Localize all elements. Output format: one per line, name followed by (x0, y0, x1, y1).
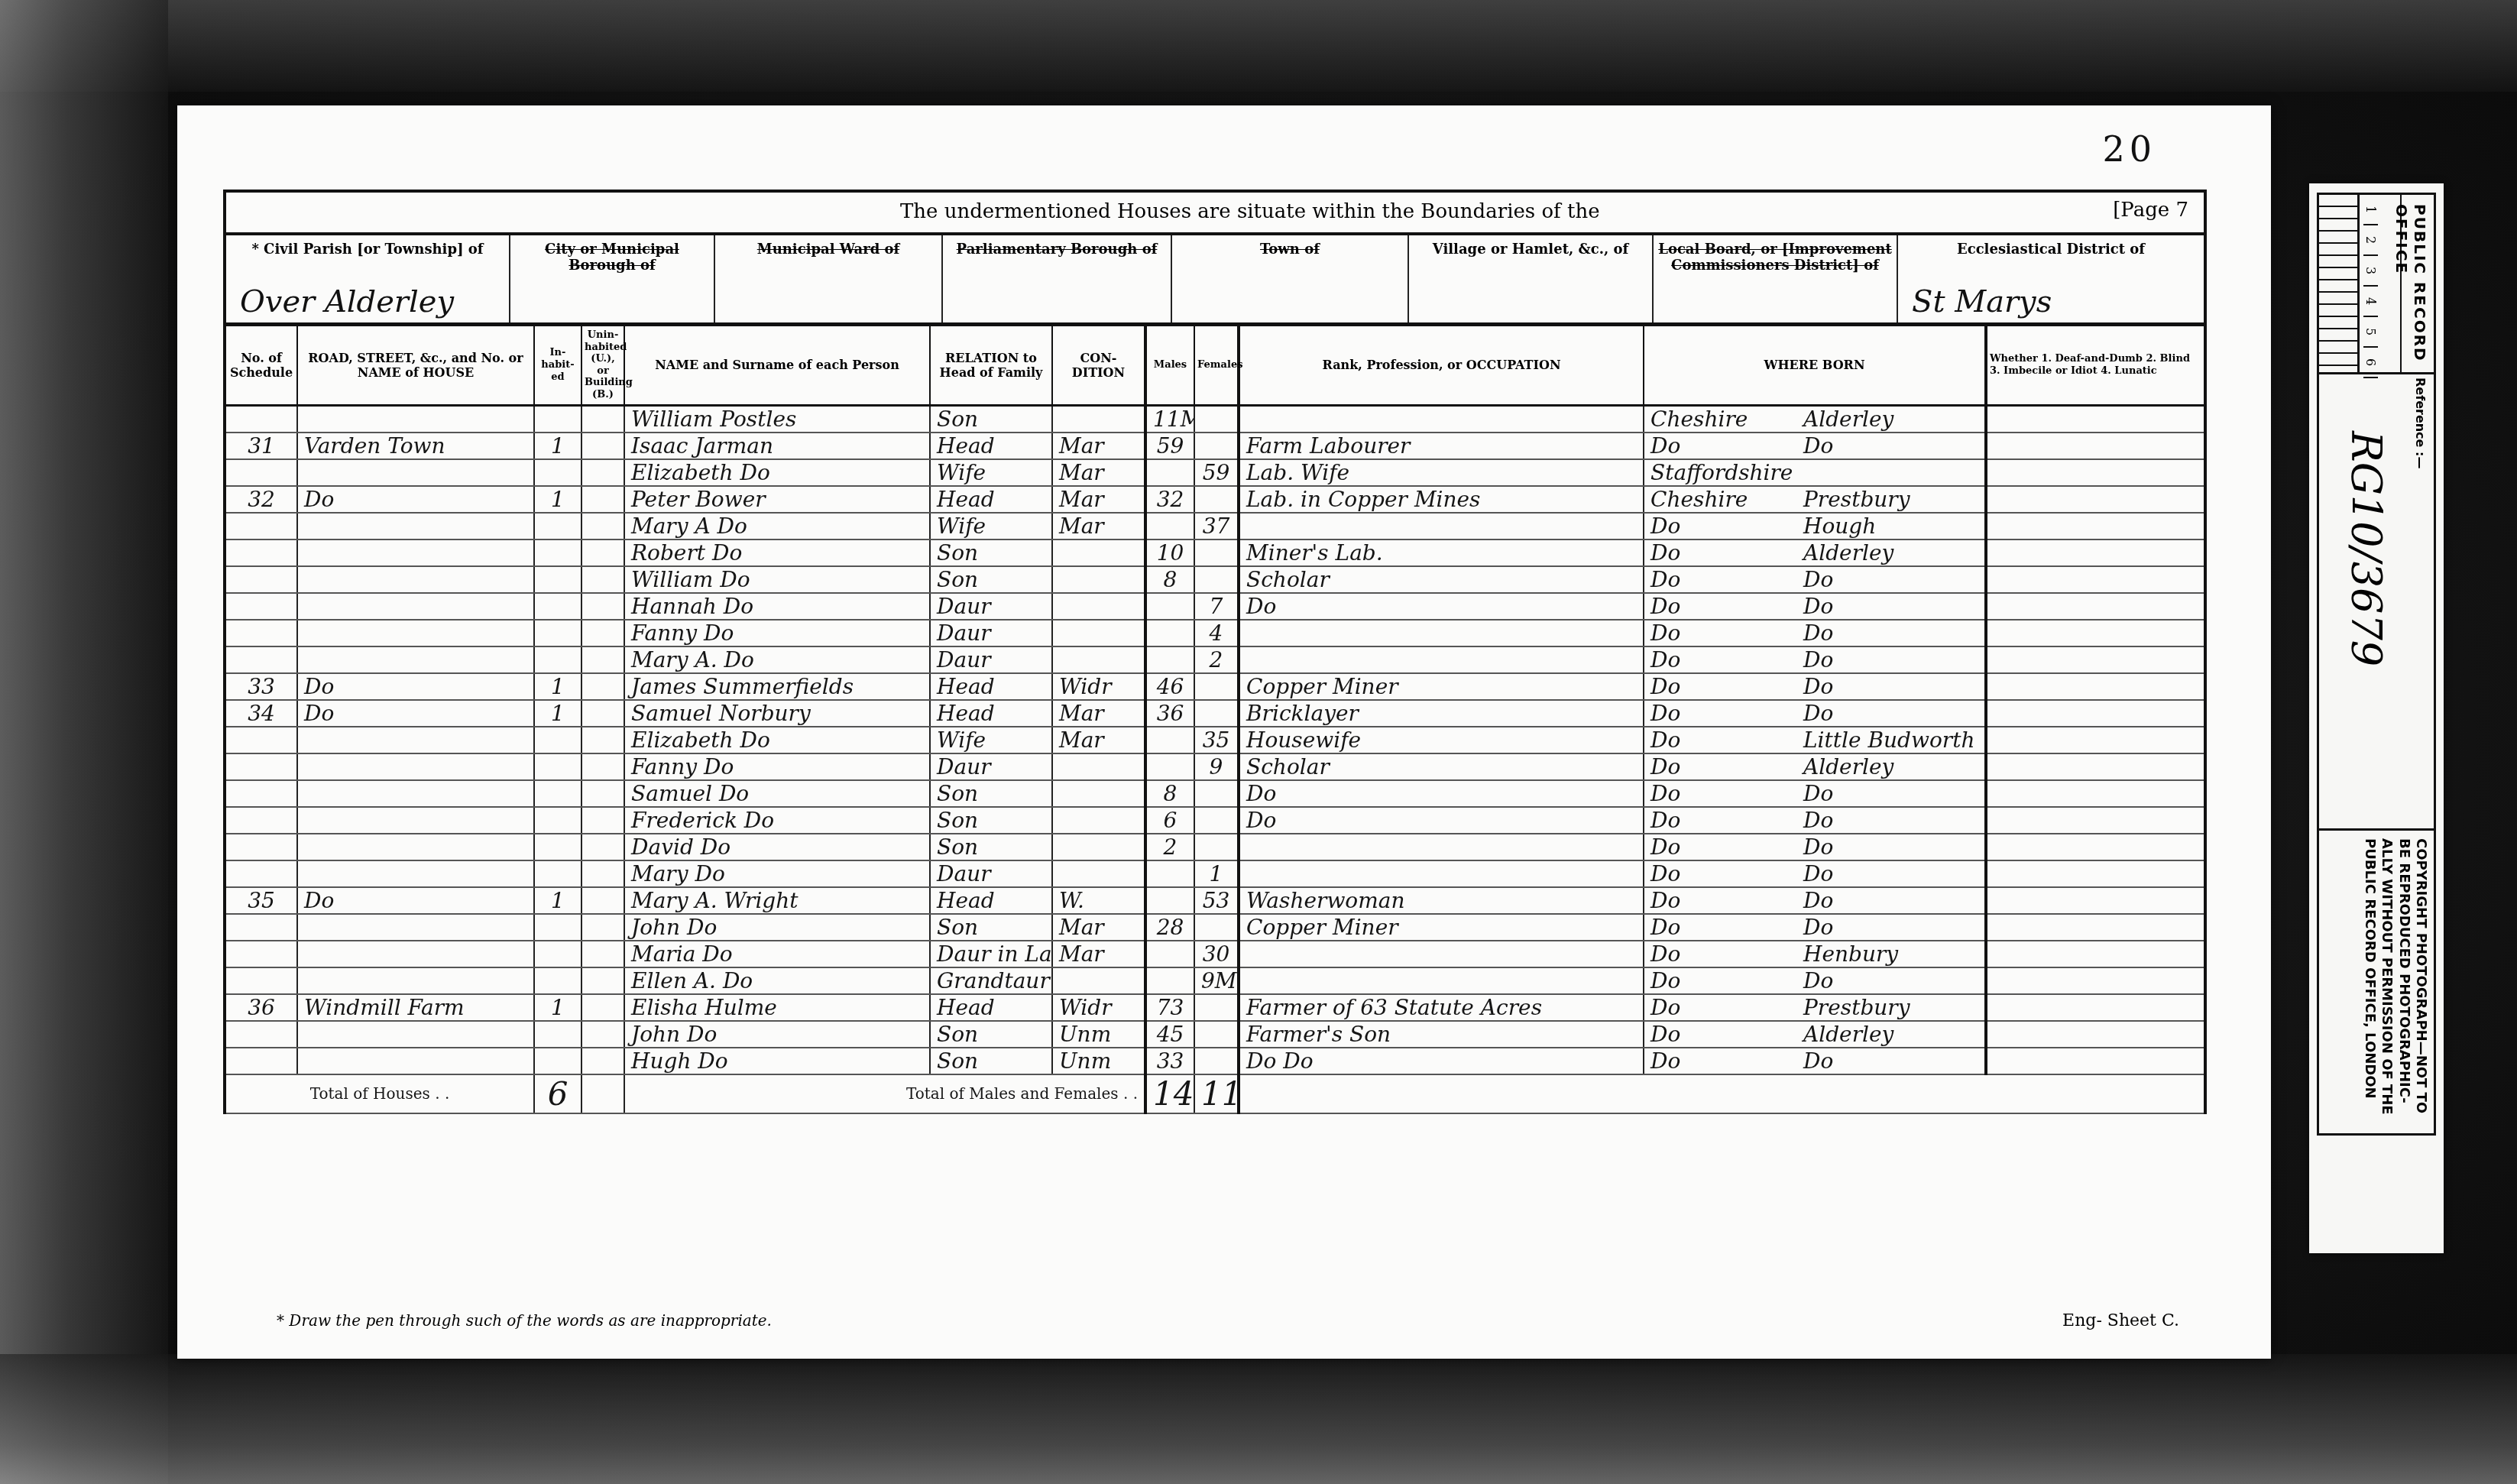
born-county: Do (1650, 540, 1803, 565)
row-age-female: 59 (1194, 459, 1239, 486)
page-label: [Page 7 (2113, 199, 2188, 222)
col-uninhabited: Unin-habited (U.), or Building (B.) (581, 326, 624, 405)
row-age-female: 4 (1194, 620, 1239, 646)
row-infirmity (1986, 405, 2204, 433)
census-row: Hannah DoDaur7DoDoDo (226, 593, 2204, 620)
row-road (297, 1048, 534, 1074)
row-uninhabited (581, 513, 624, 539)
row-road (297, 860, 534, 887)
district-label: Village or Hamlet, &c., of (1433, 241, 1629, 258)
row-condition: Mar (1052, 486, 1145, 513)
census-sheet: 20 The undermentioned Houses are situate… (177, 105, 2271, 1359)
row-occupation: Copper Miner (1239, 673, 1644, 700)
born-place: Do (1803, 1048, 1833, 1074)
row-uninhabited (581, 860, 624, 887)
row-infirmity (1986, 513, 2204, 539)
census-row: Mary A. DoDaur2DoDo (226, 646, 2204, 673)
row-infirmity (1986, 673, 2204, 700)
row-infirmity (1986, 994, 2204, 1021)
row-infirmity (1986, 539, 2204, 566)
district-civil-parish: * Civil Parish [or Township] of Over Ald… (226, 235, 510, 322)
row-name: James Summerfields (624, 673, 930, 700)
header-banner-row: The undermentioned Houses are situate wi… (226, 193, 2204, 235)
row-age-male: 32 (1145, 486, 1194, 513)
row-infirmity (1986, 727, 2204, 753)
row-condition (1052, 405, 1145, 433)
row-where-born: DoDo (1644, 914, 1986, 941)
row-occupation: Do (1239, 780, 1644, 807)
row-schedule (226, 914, 297, 941)
row-relation: Son (930, 780, 1052, 807)
row-age-female (1194, 433, 1239, 459)
row-inhabited (534, 513, 581, 539)
row-infirmity (1986, 887, 2204, 914)
row-age-female (1194, 1048, 1239, 1074)
background-smudge-left (0, 0, 168, 1484)
row-infirmity (1986, 1048, 2204, 1074)
totals-blank (1239, 1074, 2204, 1113)
born-county: Do (1650, 620, 1803, 646)
row-age-female: 1 (1194, 860, 1239, 887)
born-county: Do (1650, 888, 1803, 913)
row-uninhabited (581, 433, 624, 459)
row-relation: Daur (930, 860, 1052, 887)
row-road (297, 513, 534, 539)
row-uninhabited (581, 967, 624, 994)
row-where-born: DoDo (1644, 700, 1986, 727)
row-inhabited (534, 620, 581, 646)
born-county: Do (1650, 674, 1803, 699)
census-table: No. of Schedule ROAD, STREET, &c., and N… (226, 326, 2204, 1114)
row-name: Frederick Do (624, 807, 930, 834)
row-occupation: Housewife (1239, 727, 1644, 753)
row-where-born: DoHough (1644, 513, 1986, 539)
col-age-females: Females (1194, 326, 1239, 405)
row-occupation (1239, 967, 1644, 994)
born-county: Cheshire (1650, 407, 1803, 432)
row-age-female: 37 (1194, 513, 1239, 539)
reference-label: Reference :— (2413, 377, 2428, 468)
row-road (297, 1021, 534, 1048)
copyright-notice: COPYRIGHT PHOTOGRAPH—NOT TO BE REPRODUCE… (2360, 838, 2429, 1133)
row-name: Samuel Do (624, 780, 930, 807)
row-age-male: 73 (1145, 994, 1194, 1021)
born-county: Do (1650, 514, 1803, 539)
row-age-male: 36 (1145, 700, 1194, 727)
row-occupation: Do (1239, 807, 1644, 834)
row-uninhabited (581, 914, 624, 941)
row-schedule (226, 405, 297, 433)
row-schedule (226, 807, 297, 834)
census-row: 32Do1Peter BowerHeadMar32Lab. in Copper … (226, 486, 2204, 513)
row-name: Mary A. Wright (624, 887, 930, 914)
row-occupation: Copper Miner (1239, 914, 1644, 941)
row-name: Fanny Do (624, 620, 930, 646)
census-row: 34Do1Samuel NorburyHeadMar36BricklayerDo… (226, 700, 2204, 727)
row-relation: Son (930, 807, 1052, 834)
row-relation: Head (930, 700, 1052, 727)
row-condition (1052, 834, 1145, 860)
row-schedule (226, 566, 297, 593)
born-place: Alderley (1803, 754, 1893, 779)
row-relation: Daur (930, 620, 1052, 646)
reference-value: RG10/3679 (2342, 431, 2390, 666)
total-uninhabited (581, 1074, 624, 1113)
row-condition: Mar (1052, 513, 1145, 539)
row-schedule: 35 (226, 887, 297, 914)
row-uninhabited (581, 405, 624, 433)
col-name: NAME and Surname of each Person (624, 326, 930, 405)
row-age-male: 2 (1145, 834, 1194, 860)
born-place: Hough (1803, 514, 1876, 539)
row-condition (1052, 860, 1145, 887)
row-uninhabited (581, 1021, 624, 1048)
row-road (297, 807, 534, 834)
row-name: William Postles (624, 405, 930, 433)
row-relation: Son (930, 566, 1052, 593)
row-infirmity (1986, 753, 2204, 780)
ruler-mark: 3 (2363, 256, 2378, 287)
born-place: Do (1803, 808, 1833, 833)
col-relation: RELATION to Head of Family (930, 326, 1052, 405)
row-age-male (1145, 941, 1194, 967)
row-infirmity (1986, 780, 2204, 807)
row-name: Mary A. Do (624, 646, 930, 673)
row-infirmity (1986, 459, 2204, 486)
row-name: Samuel Norbury (624, 700, 930, 727)
sheet-number: 20 (2102, 128, 2156, 170)
row-where-born: DoAlderley (1644, 753, 1986, 780)
district-parliamentary-borough: Parliamentary Borough of (943, 235, 1172, 322)
row-schedule (226, 727, 297, 753)
row-inhabited: 1 (534, 887, 581, 914)
born-place: Do (1803, 674, 1833, 699)
row-schedule (226, 646, 297, 673)
row-condition (1052, 566, 1145, 593)
total-houses-value: 6 (534, 1074, 581, 1113)
row-schedule: 33 (226, 673, 297, 700)
row-age-male (1145, 967, 1194, 994)
row-inhabited (534, 967, 581, 994)
row-uninhabited (581, 727, 624, 753)
row-infirmity (1986, 834, 2204, 860)
census-row: 31Varden Town1Isaac JarmanHeadMar59Farm … (226, 433, 2204, 459)
row-where-born: Staffordshire (1644, 459, 1986, 486)
born-place: Henbury (1803, 941, 1898, 967)
row-infirmity (1986, 620, 2204, 646)
census-row: Mary A DoWifeMar37DoHough (226, 513, 2204, 539)
copyright-box: COPYRIGHT PHOTOGRAPH—NOT TO BE REPRODUCE… (2317, 828, 2436, 1136)
row-schedule (226, 1048, 297, 1074)
row-inhabited (534, 914, 581, 941)
row-inhabited (534, 753, 581, 780)
row-uninhabited (581, 700, 624, 727)
born-county: Staffordshire (1650, 460, 1803, 485)
row-road (297, 727, 534, 753)
row-age-male: 11Mo (1145, 405, 1194, 433)
row-inhabited (534, 566, 581, 593)
census-row: Elizabeth DoWifeMar59Lab. WifeStaffordsh… (226, 459, 2204, 486)
born-county: Do (1650, 701, 1803, 726)
row-name: Peter Bower (624, 486, 930, 513)
row-road (297, 941, 534, 967)
row-occupation: Bricklayer (1239, 700, 1644, 727)
total-persons-label: Total of Males and Females . . (624, 1074, 1145, 1113)
header-banner: The undermentioned Houses are situate wi… (900, 200, 1600, 223)
row-road (297, 459, 534, 486)
row-inhabited: 1 (534, 994, 581, 1021)
row-condition: Widr (1052, 994, 1145, 1021)
born-place: Do (1803, 701, 1833, 726)
row-name: William Do (624, 566, 930, 593)
born-place: Alderley (1803, 540, 1893, 565)
row-age-female (1194, 700, 1239, 727)
row-occupation (1239, 860, 1644, 887)
row-condition: Mar (1052, 459, 1145, 486)
born-county: Do (1650, 727, 1803, 753)
row-occupation: Miner's Lab. (1239, 539, 1644, 566)
born-county: Do (1650, 861, 1803, 886)
row-age-female (1194, 914, 1239, 941)
row-relation: Grandtaur (930, 967, 1052, 994)
row-where-born: DoDo (1644, 860, 1986, 887)
row-schedule: 31 (226, 433, 297, 459)
born-county: Do (1650, 781, 1803, 806)
row-where-born: CheshirePrestbury (1644, 486, 1986, 513)
row-age-female (1194, 994, 1239, 1021)
ruler-mark: 4 (2363, 287, 2378, 317)
row-age-female (1194, 1021, 1239, 1048)
row-name: Mary A Do (624, 513, 930, 539)
row-inhabited (534, 834, 581, 860)
born-place: Do (1803, 861, 1833, 886)
row-condition (1052, 780, 1145, 807)
row-age-female: 7 (1194, 593, 1239, 620)
row-relation: Head (930, 994, 1052, 1021)
born-county: Do (1650, 968, 1803, 993)
row-uninhabited (581, 941, 624, 967)
row-age-female (1194, 405, 1239, 433)
row-inhabited (534, 807, 581, 834)
census-form: The undermentioned Houses are situate wi… (223, 190, 2207, 1114)
row-relation: Daur (930, 753, 1052, 780)
row-condition (1052, 967, 1145, 994)
census-row: 36Windmill Farm1Elisha HulmeHeadWidr73Fa… (226, 994, 2204, 1021)
census-row: Samuel DoSon8DoDoDo (226, 780, 2204, 807)
row-age-male: 28 (1145, 914, 1194, 941)
census-row: David DoSon2DoDo (226, 834, 2204, 860)
row-age-male (1145, 620, 1194, 646)
census-row: John DoSonUnm45Farmer's SonDoAlderley (226, 1021, 2204, 1048)
row-condition (1052, 646, 1145, 673)
row-relation: Head (930, 433, 1052, 459)
census-row: Fanny DoDaur9ScholarDoAlderley (226, 753, 2204, 780)
row-age-male (1145, 887, 1194, 914)
born-place: Do (1803, 594, 1833, 619)
row-condition: W. (1052, 887, 1145, 914)
row-age-male (1145, 513, 1194, 539)
row-name: Elizabeth Do (624, 459, 930, 486)
column-header-row: No. of Schedule ROAD, STREET, &c., and N… (226, 326, 2204, 405)
census-row: Elizabeth DoWifeMar35HousewifeDoLittle B… (226, 727, 2204, 753)
row-inhabited (534, 405, 581, 433)
total-houses-label: Total of Houses . . (226, 1074, 534, 1113)
born-place: Do (1803, 834, 1833, 860)
col-schedule: No. of Schedule (226, 326, 297, 405)
row-relation: Son (930, 1021, 1052, 1048)
row-condition (1052, 753, 1145, 780)
row-uninhabited (581, 780, 624, 807)
row-where-born: DoDo (1644, 673, 1986, 700)
row-road: Varden Town (297, 433, 534, 459)
row-inhabited: 1 (534, 486, 581, 513)
row-where-born: DoDo (1644, 566, 1986, 593)
row-infirmity (1986, 646, 2204, 673)
row-age-female: 9Mo (1194, 967, 1239, 994)
row-relation: Wife (930, 513, 1052, 539)
row-name: Isaac Jarman (624, 433, 930, 459)
district-value: St Marys (1912, 284, 2052, 319)
row-schedule (226, 753, 297, 780)
district-town: Town of (1172, 235, 1409, 322)
row-schedule (226, 1021, 297, 1048)
row-inhabited (534, 646, 581, 673)
row-condition (1052, 593, 1145, 620)
row-road (297, 566, 534, 593)
row-age-male (1145, 753, 1194, 780)
row-road (297, 405, 534, 433)
row-occupation: Scholar (1239, 753, 1644, 780)
row-relation: Daur (930, 646, 1052, 673)
row-schedule (226, 780, 297, 807)
row-infirmity (1986, 700, 2204, 727)
row-inhabited (534, 860, 581, 887)
row-occupation: Washerwoman (1239, 887, 1644, 914)
row-relation: Head (930, 486, 1052, 513)
row-condition (1052, 620, 1145, 646)
row-schedule (226, 539, 297, 566)
row-condition: Mar (1052, 914, 1145, 941)
row-infirmity (1986, 967, 2204, 994)
row-age-male: 10 (1145, 539, 1194, 566)
row-age-male (1145, 860, 1194, 887)
row-schedule (226, 459, 297, 486)
row-uninhabited (581, 807, 624, 834)
row-age-female (1194, 780, 1239, 807)
row-occupation: Farmer of 63 Statute Acres (1239, 994, 1644, 1021)
sheet-reference: Eng- Sheet C. (2062, 1311, 2179, 1330)
row-infirmity (1986, 860, 2204, 887)
row-uninhabited (581, 620, 624, 646)
row-road: Do (297, 673, 534, 700)
row-age-male: 45 (1145, 1021, 1194, 1048)
row-condition (1052, 807, 1145, 834)
born-county: Do (1650, 433, 1803, 458)
row-where-born: DoHenbury (1644, 941, 1986, 967)
row-relation: Daur in Law (930, 941, 1052, 967)
row-schedule: 34 (226, 700, 297, 727)
row-condition: Unm (1052, 1048, 1145, 1074)
row-road (297, 620, 534, 646)
born-county: Cheshire (1650, 487, 1803, 512)
row-where-born: DoDo (1644, 646, 1986, 673)
row-infirmity (1986, 433, 2204, 459)
row-name: Mary Do (624, 860, 930, 887)
row-inhabited (534, 1048, 581, 1074)
row-uninhabited (581, 539, 624, 566)
row-age-male: 46 (1145, 673, 1194, 700)
row-age-male: 8 (1145, 566, 1194, 593)
row-relation: Wife (930, 459, 1052, 486)
district-label: City or Municipal Borough of (545, 241, 679, 274)
col-age-males: Males (1145, 326, 1194, 405)
row-road (297, 539, 534, 566)
row-age-female: 2 (1194, 646, 1239, 673)
born-place: Alderley (1803, 407, 1893, 432)
district-value: Over Alderley (240, 284, 454, 319)
row-where-born: DoDo (1644, 1048, 1986, 1074)
row-road (297, 914, 534, 941)
row-where-born: DoPrestbury (1644, 994, 1986, 1021)
row-age-female: 53 (1194, 887, 1239, 914)
row-inhabited (534, 727, 581, 753)
col-infirmity: Whether 1. Deaf-and-Dumb 2. Blind 3. Imb… (1986, 326, 2204, 405)
row-where-born: DoDo (1644, 887, 1986, 914)
district-label: Local Board, or [Improvement Commissione… (1658, 241, 1892, 274)
row-name: Hugh Do (624, 1048, 930, 1074)
row-age-male: 59 (1145, 433, 1194, 459)
born-place: Do (1803, 915, 1833, 940)
row-age-male (1145, 593, 1194, 620)
row-where-born: DoDo (1644, 834, 1986, 860)
row-uninhabited (581, 834, 624, 860)
row-age-female (1194, 486, 1239, 513)
born-place: Do (1803, 781, 1833, 806)
row-age-female (1194, 807, 1239, 834)
row-uninhabited (581, 646, 624, 673)
born-place: Do (1803, 567, 1833, 592)
row-age-male: 8 (1145, 780, 1194, 807)
born-county: Do (1650, 754, 1803, 779)
census-row: John DoSonMar28Copper MinerDoDo (226, 914, 2204, 941)
row-relation: Son (930, 405, 1052, 433)
born-county: Do (1650, 915, 1803, 940)
row-condition: Unm (1052, 1021, 1145, 1048)
col-road: ROAD, STREET, &c., and No. or NAME of HO… (297, 326, 534, 405)
row-where-born: DoDo (1644, 807, 1986, 834)
district-label: * Civil Parish [or Township] of (251, 241, 483, 258)
row-uninhabited (581, 566, 624, 593)
district-label: Parliamentary Borough of (957, 241, 1158, 258)
row-condition (1052, 539, 1145, 566)
row-road: Do (297, 486, 534, 513)
row-infirmity (1986, 1021, 2204, 1048)
row-inhabited: 1 (534, 673, 581, 700)
born-place: Prestbury (1803, 995, 1910, 1020)
row-uninhabited (581, 753, 624, 780)
row-age-female (1194, 539, 1239, 566)
row-name: Hannah Do (624, 593, 930, 620)
row-age-female: 9 (1194, 753, 1239, 780)
census-row: Mary DoDaur1DoDo (226, 860, 2204, 887)
background-smudge-top (0, 0, 2517, 92)
row-relation: Son (930, 1048, 1052, 1074)
row-where-born: DoDo (1644, 593, 1986, 620)
row-uninhabited (581, 486, 624, 513)
born-county: Do (1650, 1048, 1803, 1074)
row-occupation: Farmer's Son (1239, 1021, 1644, 1048)
row-schedule (226, 834, 297, 860)
